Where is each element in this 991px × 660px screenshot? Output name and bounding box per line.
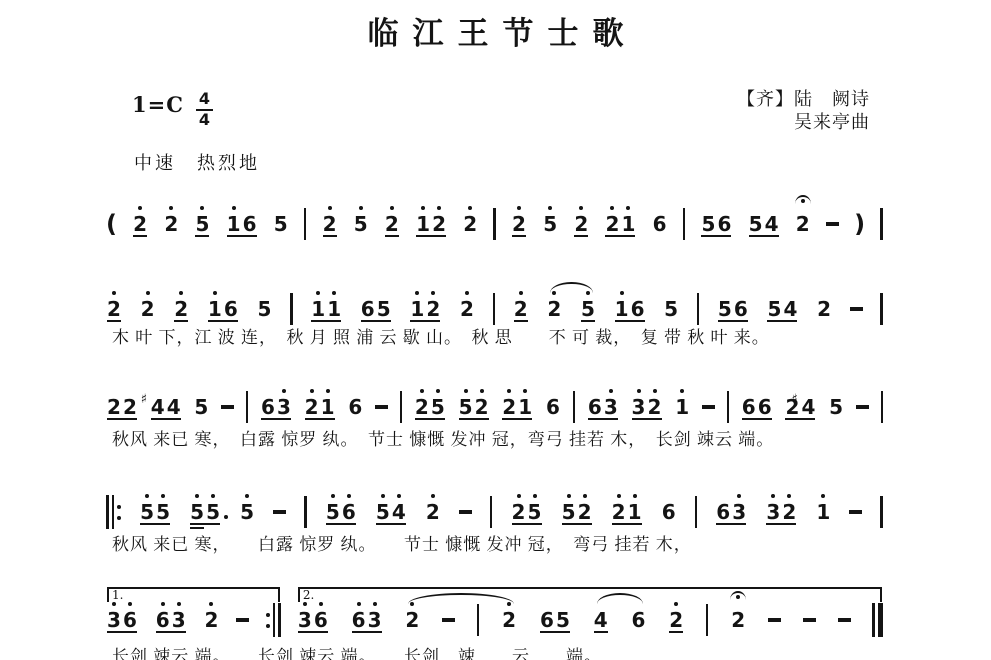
note-group: 2	[425, 501, 441, 523]
note-group: 2	[384, 213, 400, 235]
note-digit: 3	[731, 501, 747, 523]
note: 5	[239, 501, 255, 523]
note-group: 56	[700, 213, 732, 235]
octave-dot	[821, 494, 825, 498]
eighth-beam	[195, 235, 209, 238]
note-digit: 5	[580, 298, 596, 320]
eighth-beam	[311, 320, 341, 323]
note-digit: 5	[239, 501, 255, 523]
music-line-3: 224♯45632162552216633216624♯5	[106, 385, 883, 429]
note-group: 5	[353, 213, 369, 235]
octave-dot	[128, 602, 132, 606]
octave-dot	[583, 494, 587, 498]
octave-dot	[610, 206, 614, 210]
note-digit: 2	[431, 213, 447, 235]
note-group: 24♯	[784, 396, 816, 418]
duration-dash	[375, 405, 388, 409]
octave-dot	[464, 389, 468, 393]
note: 5	[155, 501, 171, 523]
lyricist-credit: 【齐】陆 阙诗	[737, 88, 870, 111]
note: 6	[155, 609, 171, 631]
octave-dot	[112, 291, 116, 295]
note: 2	[573, 213, 589, 235]
note: 5	[700, 213, 716, 235]
note: 4♯	[150, 396, 166, 418]
note: 2	[304, 396, 320, 418]
note-group: 54	[375, 501, 407, 523]
eighth-beam	[415, 418, 445, 421]
barline	[683, 208, 686, 240]
note-group: 63	[715, 501, 747, 523]
note: 2	[203, 609, 219, 631]
eighth-beam	[361, 320, 391, 323]
note: 6	[741, 396, 757, 418]
note: 5	[561, 501, 577, 523]
note-digit: 5	[663, 298, 679, 320]
note-digit: 2	[795, 213, 811, 235]
octave-dot	[213, 291, 217, 295]
octave-dot	[415, 291, 419, 295]
lyrics-line-1: 木 叶 下，江 波 连， 秋 月 照 浦 云 歇 山。 秋 思 不 可 裁， 复…	[112, 323, 770, 348]
slur-tie	[550, 282, 592, 293]
note: 1	[326, 298, 342, 320]
note-group: 6	[630, 609, 646, 631]
octave-dot	[332, 291, 336, 295]
repeat-end-sign	[266, 603, 281, 637]
note: 1	[415, 213, 431, 235]
octave-dot	[567, 494, 571, 498]
octave-dot	[674, 602, 678, 606]
measure-segment: (22516525212225221656542)	[106, 202, 883, 246]
final-barline	[872, 603, 883, 637]
note-group: 5	[542, 213, 558, 235]
note-digit: 2	[546, 298, 562, 320]
note-digit: 5	[189, 501, 205, 523]
note: 2	[511, 501, 527, 523]
music-line-4: 5555556542255221663321	[106, 490, 883, 534]
note-group: 63	[155, 609, 187, 631]
note-digit: 2	[425, 298, 441, 320]
note: 3	[276, 396, 292, 418]
note-digit: 5	[256, 298, 272, 320]
eighth-beam	[701, 235, 731, 238]
note-digit: 2	[132, 213, 148, 235]
note: 1	[207, 298, 223, 320]
volta-label: 2.	[303, 588, 314, 602]
octave-dot	[431, 494, 435, 498]
note-group: 22	[106, 396, 138, 418]
note-group: 2	[459, 298, 475, 320]
eighth-beam	[718, 320, 748, 323]
note-group: 2	[730, 609, 746, 631]
lyrics-line-4: 长剑 竦云 端。 长剑 竦云 端。 长剑 竦 云 端。	[112, 642, 602, 660]
note-digit: 6	[741, 396, 757, 418]
eighth-beam	[767, 320, 797, 323]
barline	[246, 391, 249, 423]
octave-dot	[468, 206, 472, 210]
note: 4	[166, 396, 182, 418]
barline	[400, 391, 403, 423]
note-digit: 1	[320, 396, 336, 418]
note-digit: 1	[415, 213, 431, 235]
note: 2	[322, 213, 338, 235]
note-group: 32	[765, 501, 797, 523]
note-digit: 2	[462, 213, 478, 235]
repeat-start-sign	[106, 495, 121, 529]
note-group: 55	[139, 501, 171, 523]
note: 2	[140, 298, 156, 320]
octave-dot	[179, 291, 183, 295]
note-group: 6	[661, 501, 677, 523]
note-digit: 6	[757, 396, 773, 418]
note-digit: 2	[730, 609, 746, 631]
note: 2	[173, 298, 189, 320]
note: 5	[139, 501, 155, 523]
note: 2	[795, 213, 811, 235]
note-digit: 2	[501, 609, 517, 631]
eighth-beam	[208, 320, 238, 323]
note: 5	[663, 298, 679, 320]
note-digit: 1	[517, 396, 533, 418]
note-group: 21	[604, 213, 636, 235]
note-digit: 5	[194, 213, 210, 235]
barline	[304, 496, 307, 528]
note: 6	[587, 396, 603, 418]
note: 5	[325, 501, 341, 523]
note-digit: 5	[542, 213, 558, 235]
note: 2	[501, 609, 517, 631]
note: 1	[517, 396, 533, 418]
eighth-beam	[352, 631, 382, 634]
lyrics-line-3: 秋风 来已 寒， 白露 惊罗 纨。 节士 慷慨 发冲 冠， 弯弓 挂若 木，	[112, 530, 692, 555]
note-digit: 2	[322, 213, 338, 235]
key-signature: 1=C 4 4	[132, 90, 213, 129]
note-group: 2	[511, 213, 527, 235]
note-digit: 3	[631, 396, 647, 418]
note-digit: 6	[661, 501, 677, 523]
eighth-beam	[416, 235, 446, 238]
note: 2	[781, 501, 797, 523]
note-group: 6	[545, 396, 561, 418]
note: 2	[431, 213, 447, 235]
note-group: 2	[322, 213, 338, 235]
note: 2	[668, 609, 684, 631]
octave-dot	[421, 206, 425, 210]
sheet-music-page: 临江王节士歌 1=C 4 4 【齐】陆 阙诗 吴来亭曲 中速 热烈地 (2251…	[0, 0, 991, 660]
octave-dot	[209, 602, 213, 606]
note: 3	[367, 609, 383, 631]
octave-dot	[397, 494, 401, 498]
octave-dot	[436, 389, 440, 393]
note-group: 6	[652, 213, 668, 235]
augmentation-dot	[224, 515, 228, 519]
note-group: 2	[203, 609, 219, 631]
note: 4♯	[800, 396, 816, 418]
octave-dot	[245, 494, 249, 498]
octave-dot	[507, 389, 511, 393]
note-digit: 1	[310, 298, 326, 320]
octave-dot	[331, 494, 335, 498]
eighth-beam	[514, 320, 528, 323]
volta-bracket: 1.	[107, 587, 280, 602]
eighth-beam	[107, 631, 137, 634]
sixteenth-beam	[190, 527, 204, 530]
note-digit: 2	[173, 298, 189, 320]
eighth-beam	[190, 523, 220, 526]
note-digit: 6	[351, 609, 367, 631]
eighth-beam	[323, 235, 337, 238]
octave-dot	[548, 206, 552, 210]
key-of-c-label: 1=C	[132, 90, 184, 120]
note: 2	[474, 396, 490, 418]
note-digit: 3	[106, 609, 122, 631]
note-digit: 6	[242, 213, 258, 235]
octave-dot	[357, 602, 361, 606]
octave-dot	[390, 206, 394, 210]
note-digit: 5	[193, 396, 209, 418]
duration-dash	[442, 618, 455, 622]
note-digit: 3	[276, 396, 292, 418]
note-digit: 6	[715, 501, 731, 523]
octave-dot	[112, 602, 116, 606]
note: 2	[816, 298, 832, 320]
note: 6	[661, 501, 677, 523]
eighth-beam	[574, 235, 588, 238]
note: 6	[347, 396, 363, 418]
note: 6	[716, 213, 732, 235]
note-group: 5	[663, 298, 679, 320]
note-digit: 5	[700, 213, 716, 235]
barline	[697, 293, 700, 325]
octave-dot	[282, 389, 286, 393]
note: 2	[163, 213, 179, 235]
note-digit: 2	[459, 298, 475, 320]
note-digit: 5	[430, 396, 446, 418]
barline	[490, 496, 493, 528]
octave-dot	[161, 494, 165, 498]
octave-dot	[359, 206, 363, 210]
note: 1	[627, 501, 643, 523]
note-digit: 6	[360, 298, 376, 320]
note: 6	[223, 298, 239, 320]
note: 3	[731, 501, 747, 523]
note-digit: 2	[501, 396, 517, 418]
note-digit: 2	[163, 213, 179, 235]
note-group: 56	[717, 298, 749, 320]
parenthesis: )	[854, 213, 865, 235]
note: 5	[256, 298, 272, 320]
time-signature: 4 4	[196, 91, 213, 129]
note-group: 4	[593, 609, 609, 631]
eighth-beam	[107, 418, 137, 421]
eighth-beam	[512, 523, 542, 526]
note: 2	[577, 501, 593, 523]
eighth-beam	[669, 631, 683, 634]
note-digit: 4	[593, 609, 609, 631]
duration-dash	[826, 222, 839, 226]
eighth-beam	[326, 523, 356, 526]
note-group: 2	[462, 213, 478, 235]
note: 2	[546, 298, 562, 320]
note-group: 2	[816, 298, 832, 320]
note-digit: 6	[260, 396, 276, 418]
barline	[695, 496, 698, 528]
octave-dot	[437, 206, 441, 210]
note-digit: 2	[106, 396, 122, 418]
duration-dash	[236, 618, 249, 622]
note: 2	[647, 396, 663, 418]
octave-dot	[626, 206, 630, 210]
octave-dot	[138, 206, 142, 210]
note-digit: 5	[155, 501, 171, 523]
duration-dash	[702, 405, 715, 409]
note-digit: 2	[474, 396, 490, 418]
note: 5	[376, 298, 392, 320]
tempo-marking: 中速 热烈地	[134, 149, 260, 175]
octave-dot	[146, 291, 150, 295]
note-group: 16	[614, 298, 646, 320]
note: 5	[273, 213, 289, 235]
eighth-beam	[261, 418, 291, 421]
note: 5	[828, 396, 844, 418]
note: 5	[430, 396, 446, 418]
note-group: 21	[304, 396, 336, 418]
note: 2	[414, 396, 430, 418]
octave-dot	[145, 494, 149, 498]
barline	[880, 208, 883, 240]
note-group: 12	[409, 298, 441, 320]
note-digit: 2	[203, 609, 219, 631]
eighth-beam	[540, 631, 570, 634]
note: 2	[459, 298, 475, 320]
note-digit: 5	[376, 298, 392, 320]
octave-dot	[211, 494, 215, 498]
note-digit: 5	[766, 298, 782, 320]
octave-dot	[381, 494, 385, 498]
octave-dot	[310, 389, 314, 393]
note-group: 2	[132, 213, 148, 235]
note: 5	[194, 213, 210, 235]
note-group: 21	[611, 501, 643, 523]
note-digit: 2	[384, 213, 400, 235]
octave-dot	[328, 206, 332, 210]
note: 2	[730, 609, 746, 631]
fermata	[795, 195, 811, 204]
note: 5	[748, 213, 764, 235]
note: 1	[310, 298, 326, 320]
note-digit: 2	[106, 298, 122, 320]
octave-dot	[303, 602, 307, 606]
note: 4	[764, 213, 780, 235]
note-digit: 2	[668, 609, 684, 631]
eighth-beam	[605, 235, 635, 238]
note-digit: 5	[561, 501, 577, 523]
octave-dot	[319, 602, 323, 606]
note-group: 5	[193, 396, 209, 418]
note-digit: 6	[155, 609, 171, 631]
note-group: 12	[415, 213, 447, 235]
octave-dot	[347, 494, 351, 498]
note-digit: 6	[347, 396, 363, 418]
note: 6	[757, 396, 773, 418]
note: 2	[132, 213, 148, 235]
note: 2	[611, 501, 627, 523]
eighth-beam	[410, 320, 440, 323]
note-digit: 1	[620, 213, 636, 235]
note-digit: 2	[425, 501, 441, 523]
note-group: 5	[239, 501, 255, 523]
eighth-beam	[612, 523, 642, 526]
note-group: 2	[140, 298, 156, 320]
octave-dot	[523, 389, 527, 393]
sharp-accidental: ♯	[791, 392, 797, 407]
note-group: 2	[513, 298, 529, 320]
note-digit: 3	[297, 609, 313, 631]
eighth-beam	[749, 235, 779, 238]
note: 6	[630, 298, 646, 320]
octave-dot	[465, 291, 469, 295]
octave-dot	[737, 494, 741, 498]
note: 4	[391, 501, 407, 523]
octave-dot	[200, 206, 204, 210]
note-digit: 5	[375, 501, 391, 523]
note: 2	[604, 213, 620, 235]
octave-dot	[771, 494, 775, 498]
note: 2	[462, 213, 478, 235]
note-digit: 6	[545, 396, 561, 418]
note: 6	[715, 501, 731, 523]
octave-dot	[195, 494, 199, 498]
eighth-beam	[459, 418, 489, 421]
note: 6	[351, 609, 367, 631]
credits-block: 【齐】陆 阙诗 吴来亭曲	[737, 88, 870, 134]
note: 1	[674, 396, 690, 418]
octave-dot	[617, 494, 621, 498]
note-digit: 1	[614, 298, 630, 320]
note-digit: 5	[828, 396, 844, 418]
note-digit: 2	[647, 396, 663, 418]
note: 2	[513, 298, 529, 320]
note-group: 66	[741, 396, 773, 418]
note-digit: 4	[764, 213, 780, 235]
note-digit: 6	[223, 298, 239, 320]
note: 5	[205, 501, 221, 523]
note: 6	[242, 213, 258, 235]
note-digit: 2	[816, 298, 832, 320]
note-digit: 5	[139, 501, 155, 523]
note-digit: 3	[171, 609, 187, 631]
note-group: 2	[106, 298, 122, 320]
note: 6	[652, 213, 668, 235]
eighth-beam	[227, 235, 257, 238]
note: 5	[717, 298, 733, 320]
note-digit: 2	[414, 396, 430, 418]
octave-dot	[609, 389, 613, 393]
barline	[477, 604, 480, 636]
note-digit: 5	[205, 501, 221, 523]
note-group: 2	[573, 213, 589, 235]
note: 2	[501, 396, 517, 418]
note-digit: 4	[150, 396, 166, 418]
note-digit: 5	[717, 298, 733, 320]
eighth-beam	[151, 418, 181, 421]
note-group: 5	[580, 298, 596, 320]
note-group: 36	[297, 609, 329, 631]
note-group: 52	[561, 501, 593, 523]
note: 5	[555, 609, 571, 631]
note: 1	[614, 298, 630, 320]
note: 6	[539, 609, 555, 631]
